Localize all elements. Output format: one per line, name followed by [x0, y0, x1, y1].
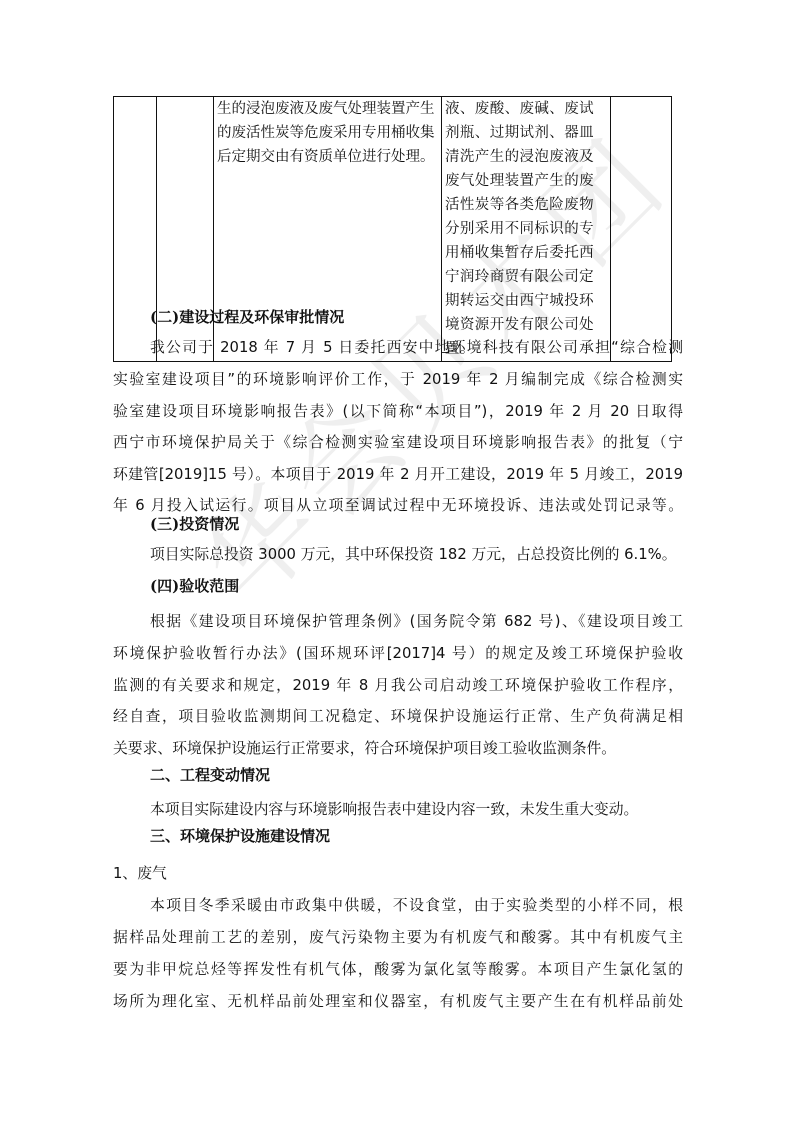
paragraph-line: 场所为理化室、无机样品前处理室和仪器室，有机废气主要产生在有机样品前处 [113, 992, 683, 1012]
paragraph-line: 我公司于 2018 年 7 月 5 日委托西安中地环境科技有限公司承担“综合检测 [150, 338, 683, 358]
section-heading-investment: (三)投资情况 [150, 514, 720, 534]
paragraph-line: 西宁市环境保护局关于《综合检测实验室建设项目环境影响报告表》的批复（宁 [113, 433, 683, 453]
section-heading-construction-process: (二)建设过程及环保审批情况 [150, 307, 720, 327]
paragraph-line: 本项目实际建设内容与环境影响报告表中建设内容一致，未发生重大变动。 [150, 800, 720, 820]
paragraph-line: 环境保护验收暂行办法》(国环规环评[2017]4 号）的规定及竣工环境保护验收 [113, 644, 683, 664]
paragraph-line: 监测的有关要求和规定，2019 年 8 月我公司启动竣工环境保护验收工作程序， [113, 676, 683, 696]
paragraph-line: 本项目冬季采暖由市政集中供暖，不设食堂，由于实验类型的小样不同，根 [150, 896, 683, 916]
paragraph-line: 根据《建设项目环境保护管理条例》(国务院令第 682 号)、《建设项目竣工 [150, 612, 683, 632]
chapter-heading-env-facilities: 三、环境保护设施建设情况 [150, 826, 720, 846]
paragraph-line: 环建管[2019]15 号）。本项目于 2019 年 2 月开工建设，2019 … [113, 465, 683, 485]
paragraph-line: 年 6 月投入试运行。项目从立项至调试过程中无环境投诉、违法或处罚记录等。 [113, 496, 683, 516]
paragraph-line: 据样品处理前工艺的差别，废气污染物主要为有机废气和酸雾。其中有机废气主 [113, 928, 683, 948]
paragraph-line: 经自查，项目验收监测期间工况稳定、环境保护设施运行正常、生产负荷满足相 [113, 707, 683, 727]
paragraph-line: 要为非甲烷总烃等挥发性有机气体，酸雾为氯化氢等酸雾。本项目产生氯化氢的 [113, 960, 683, 980]
paragraph-line: 关要求、环境保护设施运行正常要求，符合环境保护项目竣工验收监测条件。 [113, 739, 683, 759]
chapter-heading-engineering-changes: 二、工程变动情况 [150, 765, 720, 785]
paragraph-line: 项目实际总投资 3000 万元，其中环保投资 182 万元，占总投资比例的 6.… [150, 545, 720, 565]
section-heading-acceptance-scope: (四)验收范围 [150, 576, 720, 596]
paragraph-line: 验室建设项目环境影响报告表》(以下简称“本项目”)，2019 年 2 月 20 … [113, 402, 683, 422]
document-page: 华会贝木团 生的浸泡废液及废气处理装置产生的废活性炭等危废采用专用桶收集后定期交… [0, 0, 793, 1122]
paragraph-line: 实验室建设项目”的环境影响评价工作，于 2019 年 2 月编制完成《综合检测实 [113, 370, 683, 390]
subsection-heading-waste-gas: 1、废气 [113, 864, 683, 884]
